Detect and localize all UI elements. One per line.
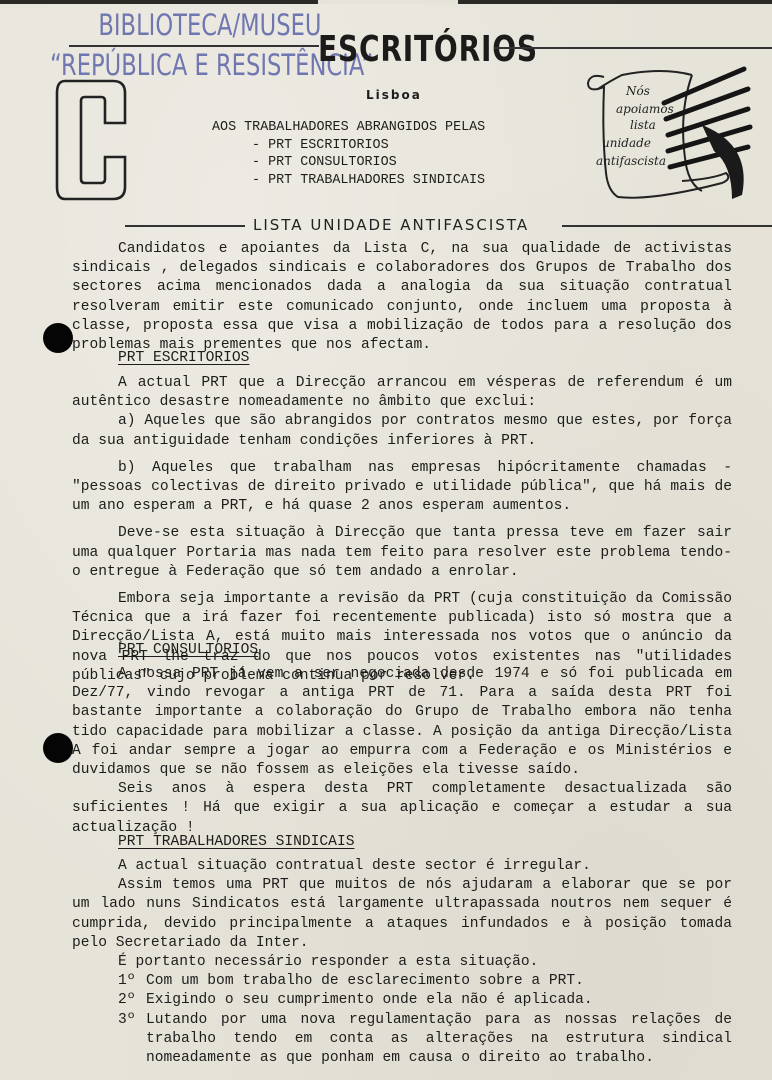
item-number: 2º [118, 991, 146, 1010]
intro-paragraph-block: Candidatos e apoiantes da Lista C, na su… [72, 240, 732, 355]
addressee-item: - PRT CONSULTORIOS [212, 154, 485, 172]
list-c-logo [55, 75, 130, 205]
scan-edge-gap [318, 0, 458, 4]
paragraph: Assim temos uma PRT que muitos de nós aj… [72, 876, 732, 953]
item-number: 3º [118, 1011, 146, 1069]
paragraph: A nossa PRT já vem a ser negociada desde… [72, 665, 732, 780]
section-escritorios-body: A actual PRT que a Direcção arrancou em … [72, 374, 732, 686]
intro-paragraph: Candidatos e apoiantes da Lista C, na su… [72, 240, 732, 355]
list-item: 2º Exigindo o seu cumprimento onde ela n… [118, 991, 732, 1010]
paragraph: É portanto necessário responder a esta s… [72, 953, 732, 972]
list-item: 3º Lutando por uma nova regulamentação p… [118, 1011, 732, 1069]
illustration-text: Nós [625, 84, 650, 98]
paragraph: A actual situação contratual deste secto… [72, 857, 732, 876]
addressee-intro: AOS TRABALHADORES ABRANGIDOS PELAS [212, 119, 485, 137]
divider [494, 47, 772, 49]
divider [125, 225, 245, 227]
paragraph: b) Aqueles que trabalham nas empresas hi… [72, 459, 732, 517]
paragraph: a) Aqueles que são abrangidos por contra… [72, 412, 732, 450]
divider [562, 225, 772, 227]
stamp-line-1: BIBLIOTECA/MUSEU [98, 8, 321, 42]
addressee-item: - PRT ESCRITORIOS [212, 137, 485, 155]
item-text: Exigindo o seu cumprimento onde ela não … [146, 991, 593, 1010]
city-label: Lisboa [366, 88, 422, 102]
list-item: 1º Com um bom trabalho de esclarecimento… [118, 972, 732, 991]
section-sindicais-body: A actual situação contratual deste secto… [72, 857, 732, 1068]
item-text: Com um bom trabalho de esclarecimento so… [146, 972, 584, 991]
paragraph: Deve-se esta situação à Direcção que tan… [72, 524, 732, 582]
punch-hole [43, 733, 73, 763]
section-heading: PRT CONSULTORIOS [118, 642, 258, 658]
illustration-text: lista [630, 118, 656, 132]
item-text: Lutando por uma nova regulamentação para… [146, 1011, 732, 1069]
section-consultorios-body: A nossa PRT já vem a ser negociada desde… [72, 665, 732, 838]
list-title: LISTA UNIDADE ANTIFASCISTA [253, 216, 529, 234]
punch-hole [43, 323, 73, 353]
addressee-block: AOS TRABALHADORES ABRANGIDOS PELAS - PRT… [212, 119, 485, 189]
divider [69, 45, 319, 47]
scroll-and-pens-illustration: Nós apoiamos lista unidade antifascista [582, 55, 757, 205]
addressee-item: - PRT TRABALHADORES SINDICAIS [212, 172, 485, 190]
document-title: ESCRITÓRIOS [318, 29, 538, 70]
item-number: 1º [118, 972, 146, 991]
paragraph: Seis anos à espera desta PRT completamen… [72, 780, 732, 838]
section-heading: PRT ESCRITORIOS [118, 350, 249, 366]
action-list: 1º Com um bom trabalho de esclarecimento… [72, 972, 732, 1068]
illustration-text: antifascista [596, 154, 666, 168]
paragraph: A actual PRT que a Direcção arrancou em … [72, 374, 732, 412]
illustration-text: unidade [602, 136, 651, 150]
section-heading: PRT TRABALHADORES SINDICAIS [118, 834, 354, 850]
document-page: BIBLIOTECA/MUSEU “REPÚBLICA E RESISTÊNCI… [0, 0, 772, 1080]
